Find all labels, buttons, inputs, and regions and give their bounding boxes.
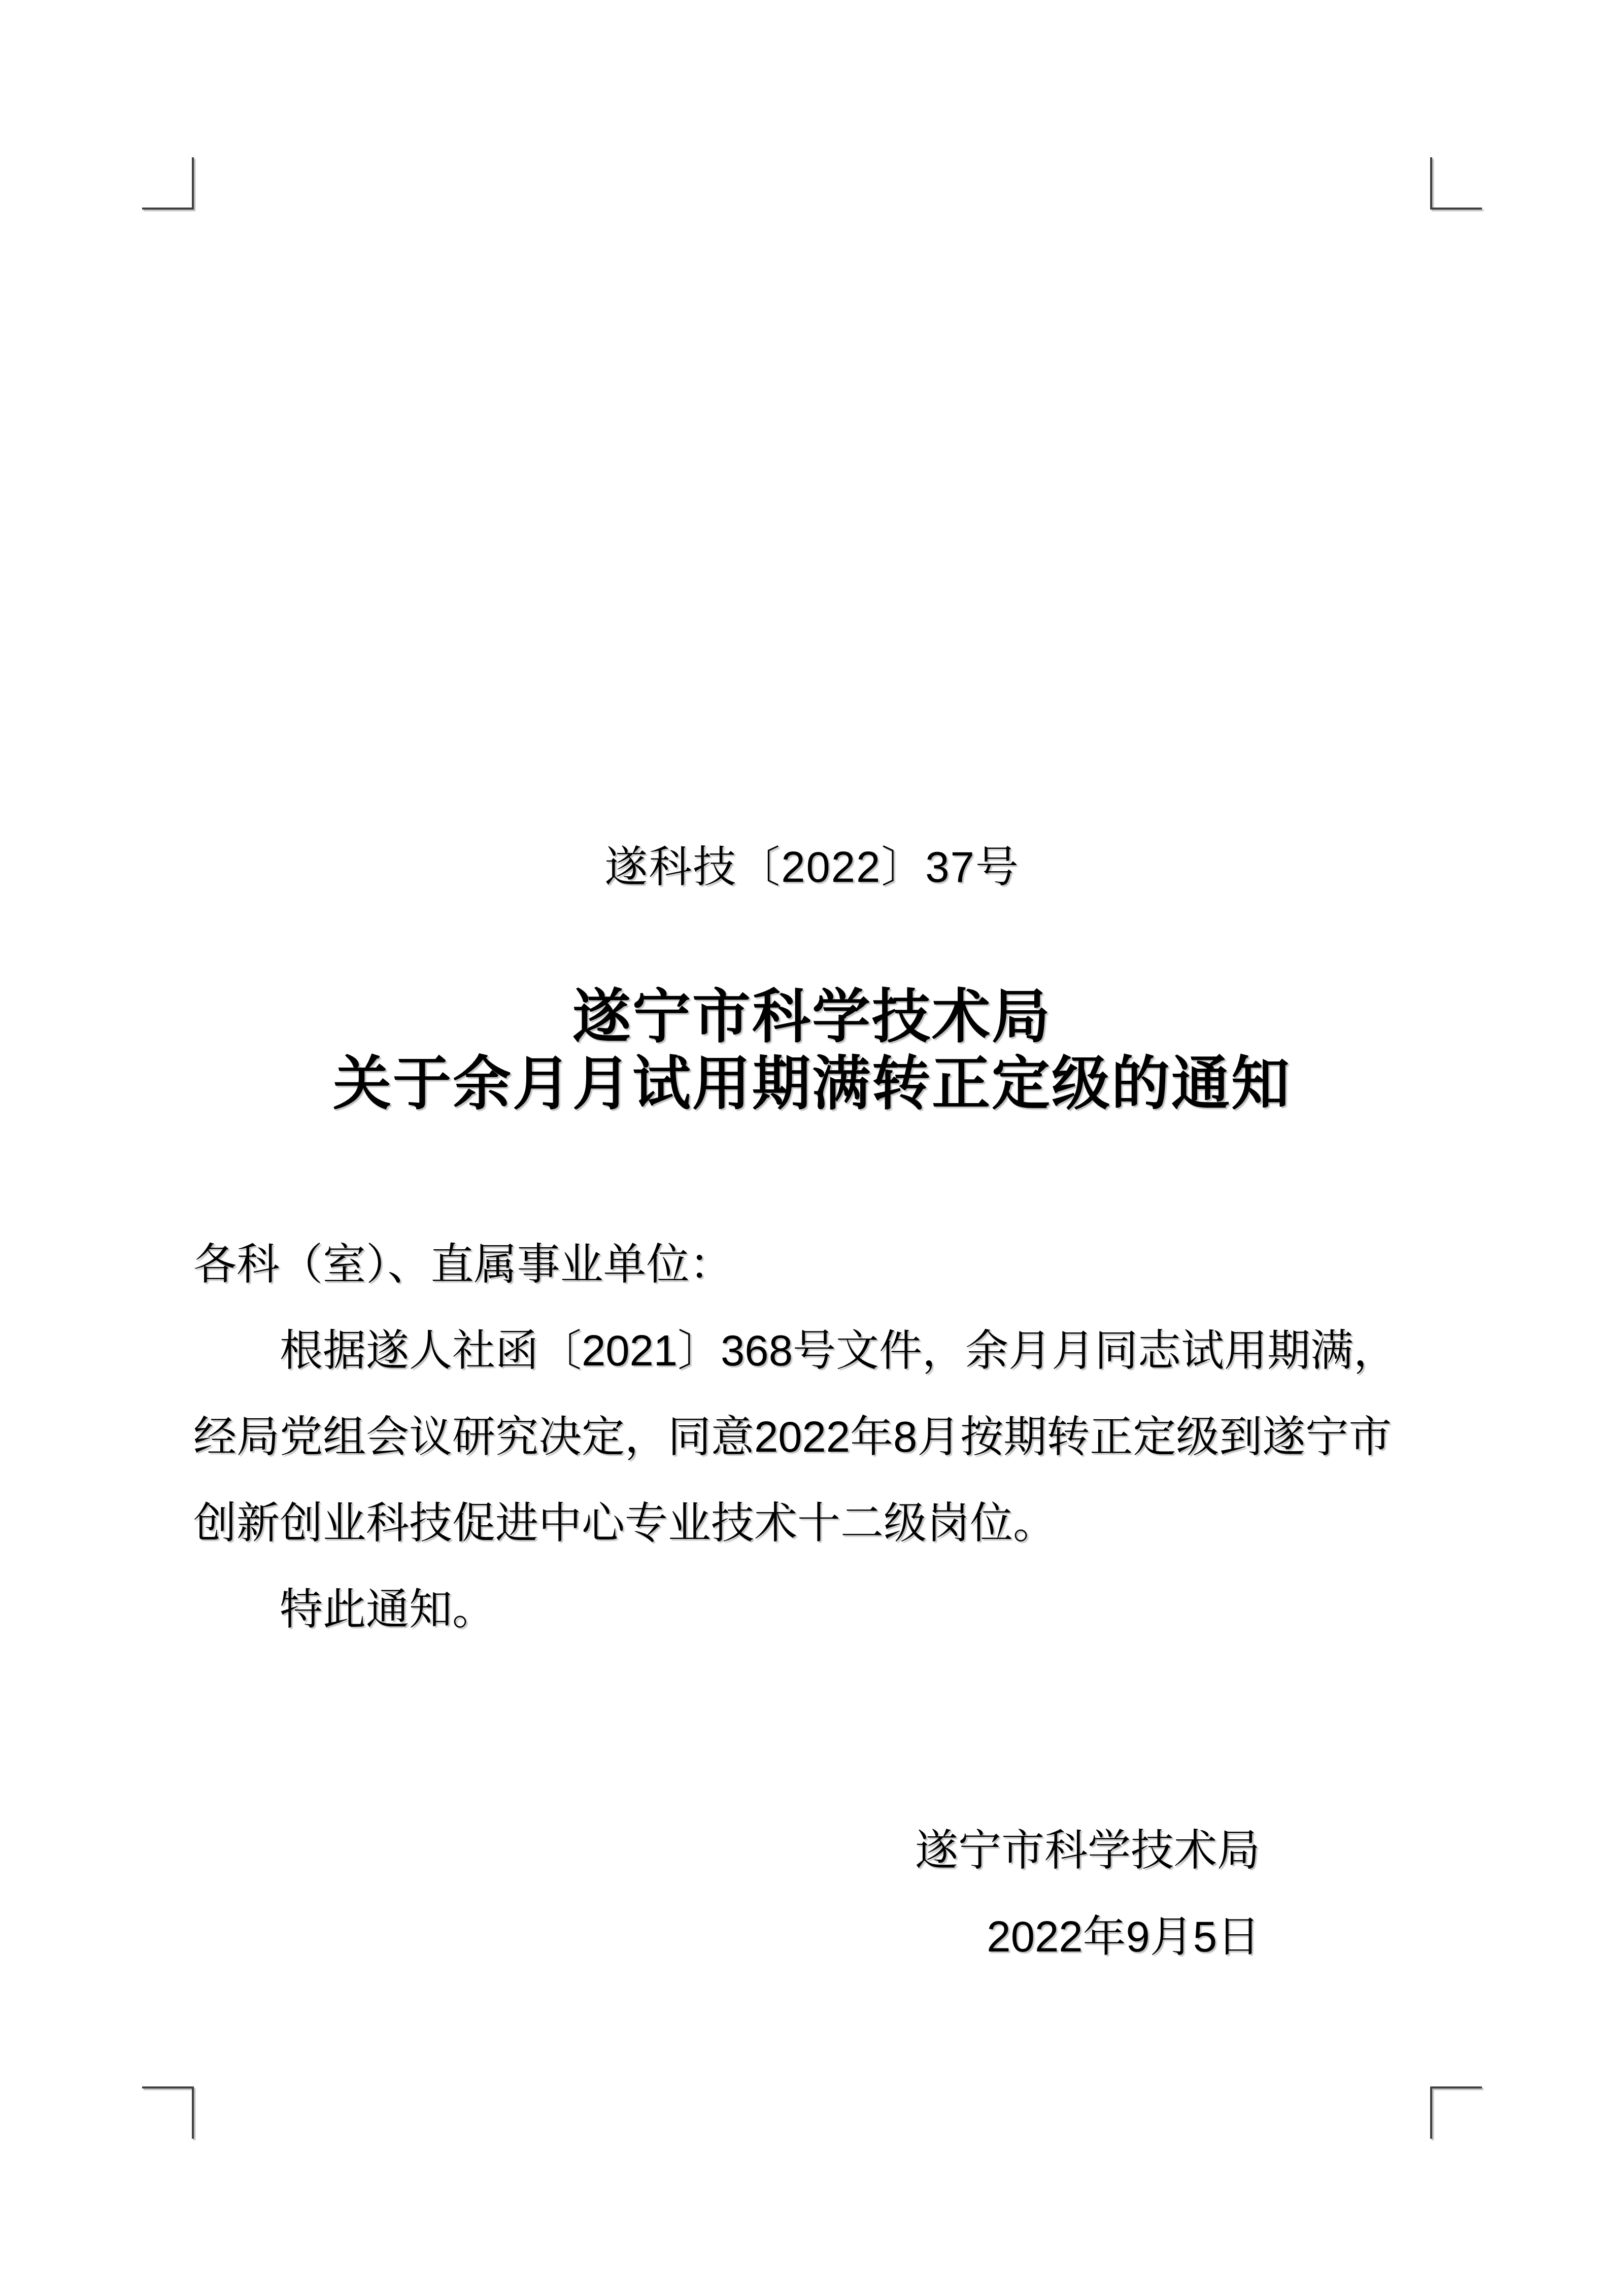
document-title: 遂宁市科学技术局 关于余月月试用期满转正定级的通知: [0, 983, 1624, 1117]
notice-document: 遂科技〔2022〕37号 遂宁市科学技术局 关于余月月试用期满转正定级的通知 各…: [0, 0, 1624, 2296]
crop-mark-bottom-left-icon: [142, 2086, 194, 2139]
signature-date: 2022年9月5日: [915, 1894, 1260, 1980]
salutation-line: 各科（室）、直属事业单位：: [193, 1222, 1432, 1308]
crop-mark-top-right-icon: [1430, 157, 1482, 210]
signature-block: 遂宁市科学技术局 2022年9月5日: [915, 1808, 1260, 1980]
document-title-line1: 遂宁市科学技术局: [0, 983, 1624, 1050]
crop-mark-top-left-icon: [142, 157, 194, 210]
document-number: 遂科技〔2022〕37号: [0, 840, 1624, 896]
document-title-line2: 关于余月月试用期满转正定级的通知: [0, 1050, 1624, 1117]
closing-line: 特此通知。: [193, 1567, 1432, 1653]
body-paragraph-line-1: 根据遂人社函〔2021〕368号文件，余月月同志试用期满，: [193, 1308, 1432, 1394]
body-paragraph-line-2: 经局党组会议研究决定，同意2022年8月按期转正定级到遂宁市: [193, 1394, 1432, 1481]
crop-mark-bottom-right-icon: [1430, 2086, 1482, 2139]
signer-name: 遂宁市科学技术局: [915, 1808, 1260, 1894]
document-body: 各科（室）、直属事业单位： 根据遂人社函〔2021〕368号文件，余月月同志试用…: [193, 1222, 1432, 1653]
body-paragraph-line-3: 创新创业科技促进中心专业技术十二级岗位。: [193, 1481, 1432, 1567]
